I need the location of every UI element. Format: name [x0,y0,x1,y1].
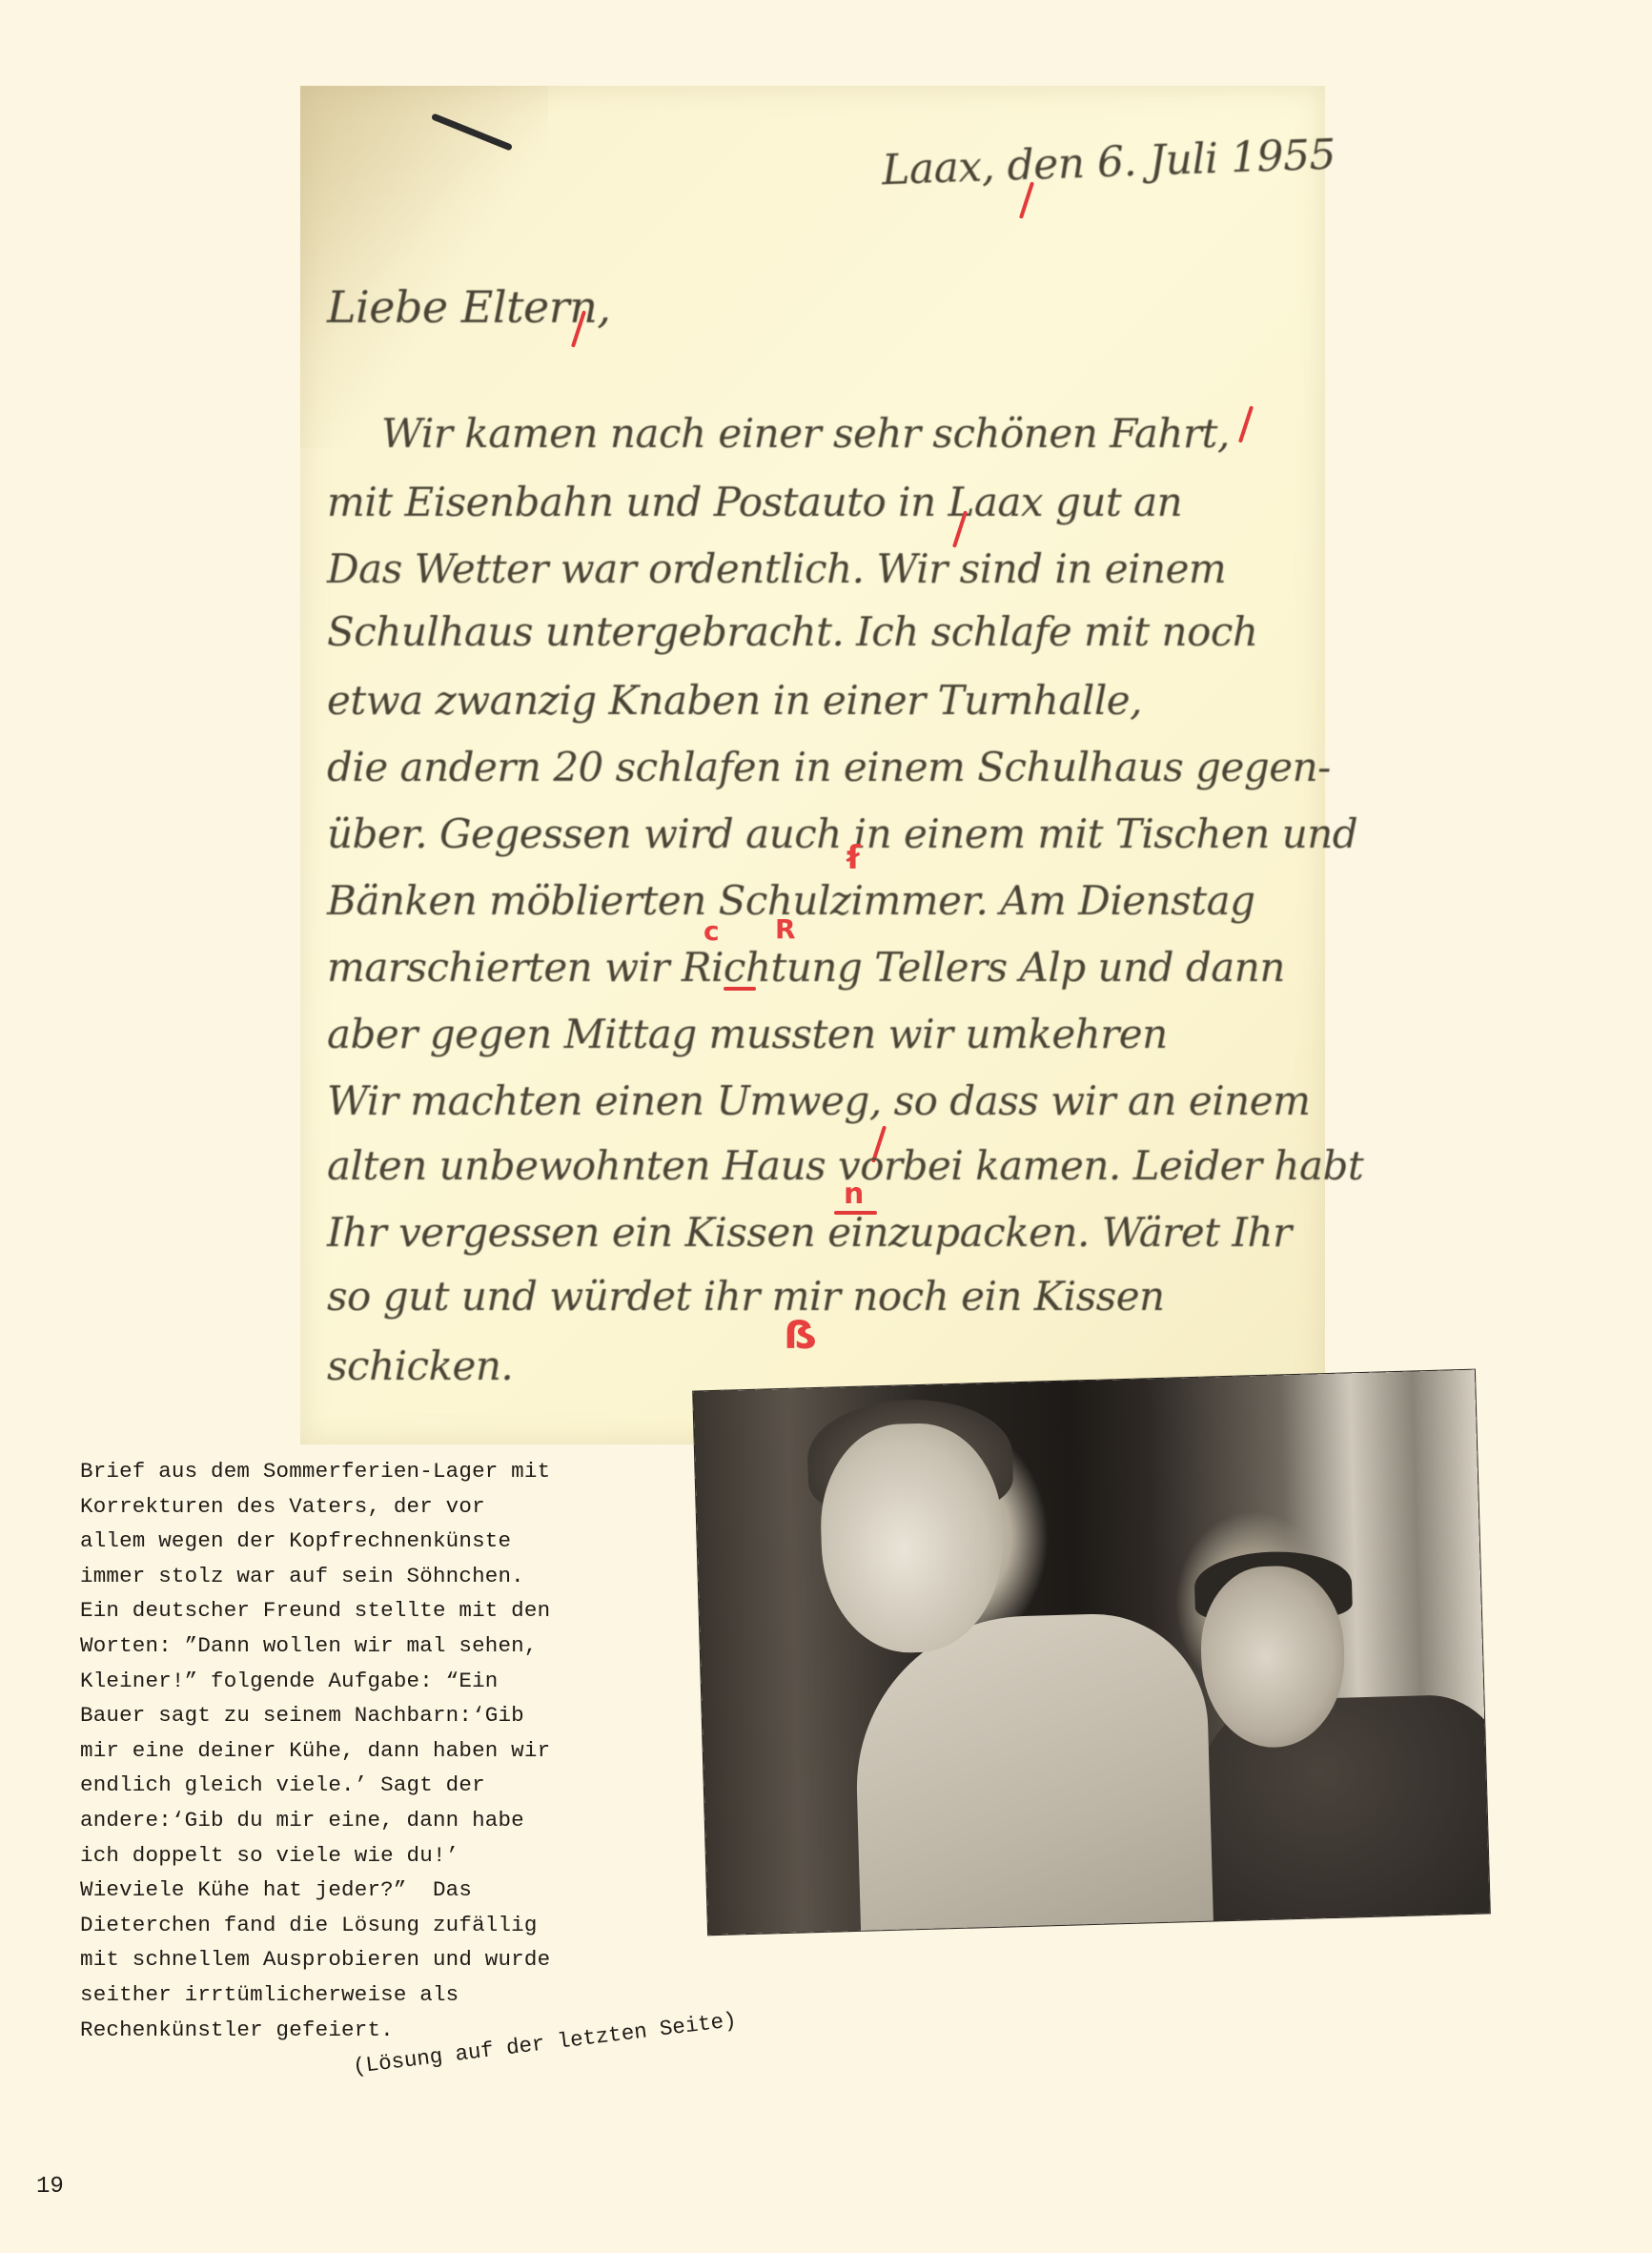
caption-line: Korrekturen des Vaters, der vor [80,1489,690,1525]
letter-line: aber gegen Mittag mussten wir umkehren [327,1011,1168,1057]
page-number: 19 [36,2174,64,2200]
photo-caption: Brief aus dem Sommerferien-Lager mit Kor… [80,1454,690,2047]
caption-line: Bauer sagt zu seinem Nachbarn:‘Gib [80,1698,690,1733]
caption-line: Worten: ”Dann wollen wir mal sehen, [80,1628,690,1664]
caption-line: allem wegen der Kopfrechnenkünste [80,1524,690,1559]
caption-line: endlich gleich viele.’ Sagt der [80,1768,690,1803]
family-photograph [693,1370,1490,1936]
letter-line: mit Eisenbahn und Postauto in Laax gut a… [327,479,1182,525]
letter-line: über. Gegessen wird auch in einem mit Ti… [327,810,1357,857]
letter-line: Ihr vergessen ein Kissen einzupacken. Wä… [327,1209,1292,1256]
caption-line: Dieterchen fand die Lösung zufällig [80,1908,690,1943]
photo-boy-sweater [852,1611,1214,1936]
caption-line: Wieviele Kühe hat jeder?” Das [80,1873,690,1908]
correction-mark: n [844,1178,864,1211]
letter-line: etwa zwanzig Knaben in einer Turnhalle, [327,677,1142,724]
correction-mark: ẞ [784,1314,818,1358]
photo-boy-face [818,1422,1006,1655]
letter-line: Wir machten einen Umweg, so dass wir an … [327,1077,1310,1124]
caption-line: Kleiner!” folgende Aufgabe: “Ein [80,1664,690,1699]
letter-date: Laax, den 6. Juli 1955 [881,131,1336,195]
correction-mark: R [775,913,796,945]
letter-salutation: Liebe Eltern, [327,281,611,333]
letter-line: die andern 20 schlafen in einem Schulhau… [327,744,1331,790]
letter-line: Das Wetter war ordentlich. Wir sind in e… [327,545,1226,592]
caption-line: seither irrtümlicherweise als [80,1977,690,2013]
letter-line: Wir kamen nach einer sehr schönen Fahrt, [381,410,1230,457]
caption-line: immer stolz war auf sein Söhnchen. [80,1559,690,1594]
paper-fold-shadow [300,86,548,448]
handwritten-letter-scan: Laax, den 6. Juli 1955 Liebe Eltern, Wir… [300,86,1325,1444]
caption-line: andere:‘Gib du mir eine, dann habe [80,1803,690,1838]
letter-line: Schulhaus untergebracht. Ich schlafe mit… [327,608,1257,655]
letter-line: so gut und würdet ihr mir noch ein Kisse… [327,1273,1165,1320]
caption-line: mit schnellem Ausprobieren und wurde [80,1942,690,1977]
correction-comma-mark [1238,405,1254,442]
caption-line: Brief aus dem Sommerferien-Lager mit [80,1454,690,1489]
caption-line: Ein deutscher Freund stellte mit den [80,1593,690,1628]
correction-underline [724,987,756,991]
caption-line: mir eine deiner Kühe, dann haben wir [80,1733,690,1769]
letter-line: marschierten wir Richtung Tellers Alp un… [327,944,1285,991]
correction-mark: c [704,915,720,947]
correction-mark: ẜ [846,839,861,877]
letter-line: schicken. [327,1342,513,1389]
caption-line: ich doppelt so viele wie du!’ [80,1838,690,1874]
